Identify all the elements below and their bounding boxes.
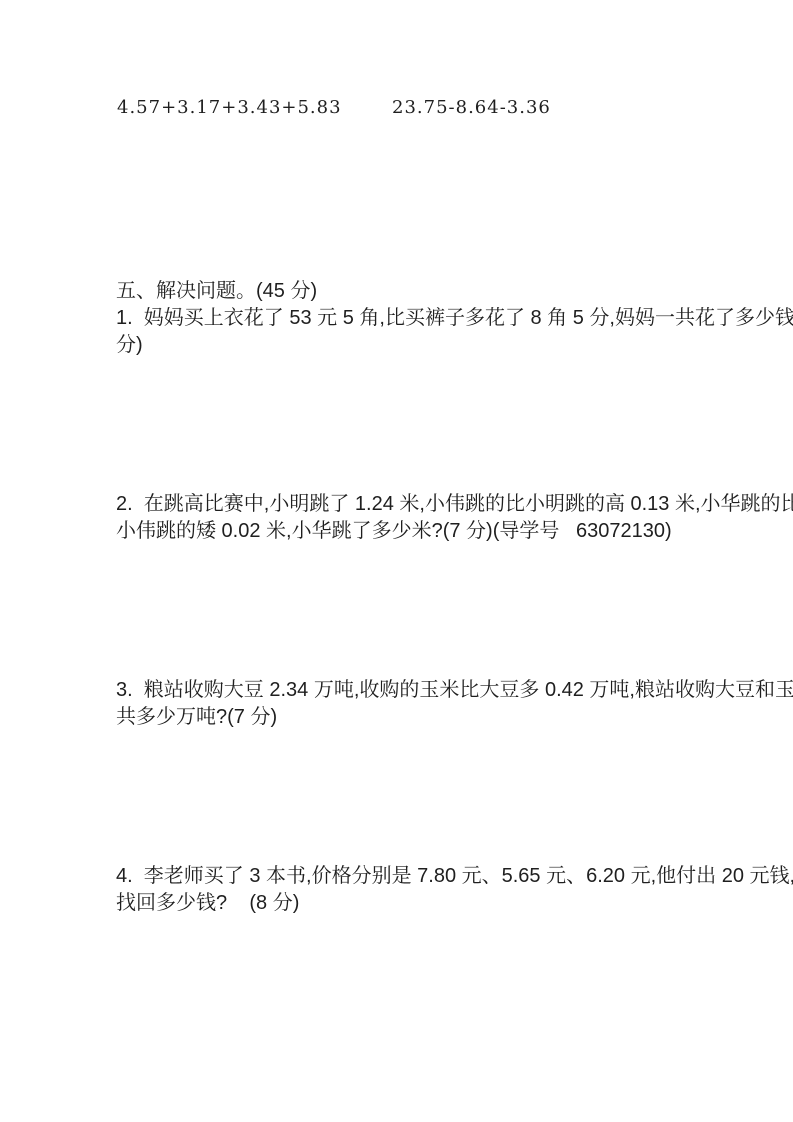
worksheet-page: 4.57+3.17+3.43+5.83 23.75-8.64-3.36 五、解决… [0,0,793,1122]
problem-1: 1. 妈妈买上衣花了 53 元 5 角,比买裤子多花了 8 角 5 分,妈妈一共… [116,305,716,359]
problem-3-line-1: 3. 粮站收购大豆 2.34 万吨,收购的玉米比大豆多 0.42 万吨,粮站收购… [116,677,716,704]
problem-4: 4. 李老师买了 3 本书,价格分别是 7.80 元、5.65 元、6.20 元… [116,863,716,917]
problem-3: 3. 粮站收购大豆 2.34 万吨,收购的玉米比大豆多 0.42 万吨,粮站收购… [116,677,716,731]
problem-2: 2. 在跳高比赛中,小明跳了 1.24 米,小伟跳的比小明跳的高 0.13 米,… [116,491,716,545]
problem-2-line-2: 小伟跳的矮 0.02 米,小华跳了多少米?(7 分)(导学号 63072130) [116,518,716,545]
problem-3-line-2: 共多少万吨?(7 分) [116,704,716,731]
problem-2-line-1: 2. 在跳高比赛中,小明跳了 1.24 米,小伟跳的比小明跳的高 0.13 米,… [116,491,716,518]
calc-expression-1: 4.57+3.17+3.43+5.83 [117,97,342,118]
problem-4-line-1: 4. 李老师买了 3 本书,价格分别是 7.80 元、5.65 元、6.20 元… [116,863,716,890]
calc-expression-2: 23.75-8.64-3.36 [392,97,551,118]
problem-1-line-2: 分) [116,332,716,359]
section-heading: 五、解决问题。(45 分) [116,278,317,305]
problem-4-line-2: 找回多少钱? (8 分) [116,890,716,917]
problem-1-line-1: 1. 妈妈买上衣花了 53 元 5 角,比买裤子多花了 8 角 5 分,妈妈一共… [116,305,716,332]
